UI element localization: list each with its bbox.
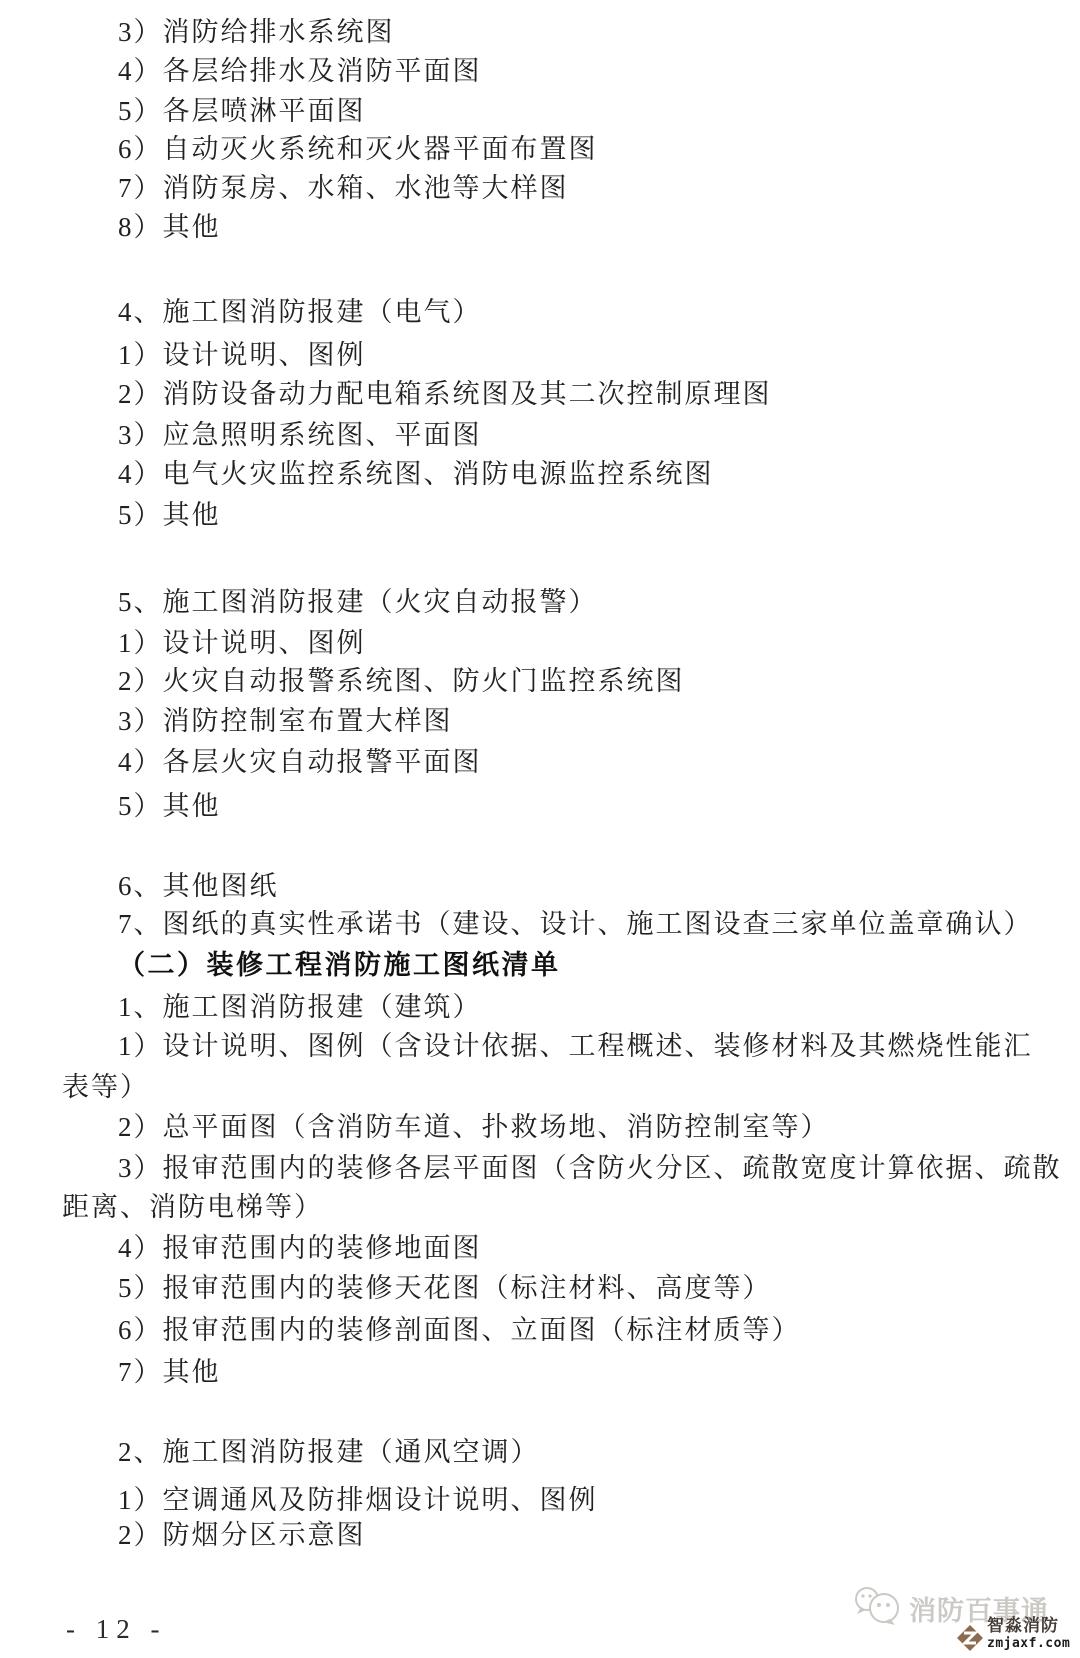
doc-line: 4）各层火灾自动报警平面图	[118, 746, 482, 778]
doc-line: 2、施工图消防报建（通风空调）	[118, 1436, 540, 1468]
doc-line: 2）总平面图（含消防车道、扑救场地、消防控制室等）	[118, 1111, 830, 1143]
doc-line: 1）设计说明、图例	[118, 339, 366, 371]
doc-line: 2）火灾自动报警系统图、防火门监控系统图	[118, 665, 685, 697]
doc-line: 4、施工图消防报建（电气）	[118, 296, 482, 328]
brand-logo: 智淼消防 zmjaxf.com	[956, 1616, 1070, 1657]
doc-line: 5）其他	[118, 790, 221, 822]
document-page: 3）消防给排水系统图4）各层给排水及消防平面图5）各层喷淋平面图6）自动灭火系统…	[0, 0, 1080, 1658]
doc-line: 3）报审范围内的装修各层平面图（含防火分区、疏散宽度计算依据、疏散	[118, 1152, 1062, 1184]
doc-line: 表等）	[62, 1071, 149, 1103]
doc-line: 2）消防设备动力配电箱系统图及其二次控制原理图	[118, 378, 772, 410]
doc-line: 1）设计说明、图例	[118, 627, 366, 659]
brand-name-text: 智淼消防	[987, 1616, 1070, 1636]
doc-line: 4）电气火灾监控系统图、消防电源监控系统图	[118, 458, 714, 490]
doc-line: 8）其他	[118, 211, 221, 243]
doc-line: 1、施工图消防报建（建筑）	[118, 991, 482, 1023]
doc-line: 6、其他图纸	[118, 870, 279, 902]
chat-bubbles-icon	[852, 1586, 904, 1631]
section-heading: （二）装修工程消防施工图纸清单	[118, 949, 561, 981]
doc-line: 7）其他	[118, 1356, 221, 1388]
diamond-logo-icon	[956, 1624, 984, 1657]
brand-domain-text: zmjaxf.com	[987, 1636, 1070, 1651]
doc-line: 1）空调通风及防排烟设计说明、图例	[118, 1484, 598, 1516]
page-number: - 12 -	[66, 1614, 166, 1645]
doc-line: 3）消防给排水系统图	[118, 16, 395, 48]
doc-line: 5）报审范围内的装修天花图（标注材料、高度等）	[118, 1272, 772, 1304]
doc-line: 5、施工图消防报建（火灾自动报警）	[118, 586, 598, 618]
doc-line: 4）报审范围内的装修地面图	[118, 1232, 482, 1264]
doc-line: 3）应急照明系统图、平面图	[118, 419, 482, 451]
doc-line: 距离、消防电梯等）	[62, 1191, 323, 1223]
doc-line: 2）防烟分区示意图	[118, 1519, 366, 1551]
doc-line: 5）各层喷淋平面图	[118, 95, 366, 127]
doc-line: 3）消防控制室布置大样图	[118, 705, 453, 737]
doc-line: 7、图纸的真实性承诺书（建设、设计、施工图设查三家单位盖章确认）	[118, 908, 1033, 940]
doc-line: 7）消防泵房、水箱、水池等大样图	[118, 172, 569, 204]
doc-line: 6）报审范围内的装修剖面图、立面图（标注材质等）	[118, 1314, 801, 1346]
doc-line: 5）其他	[118, 499, 221, 531]
doc-line: 1）设计说明、图例（含设计依据、工程概述、装修材料及其燃烧性能汇	[118, 1030, 1033, 1062]
doc-line: 4）各层给排水及消防平面图	[118, 55, 482, 87]
doc-line: 6）自动灭火系统和灭火器平面布置图	[118, 133, 598, 165]
